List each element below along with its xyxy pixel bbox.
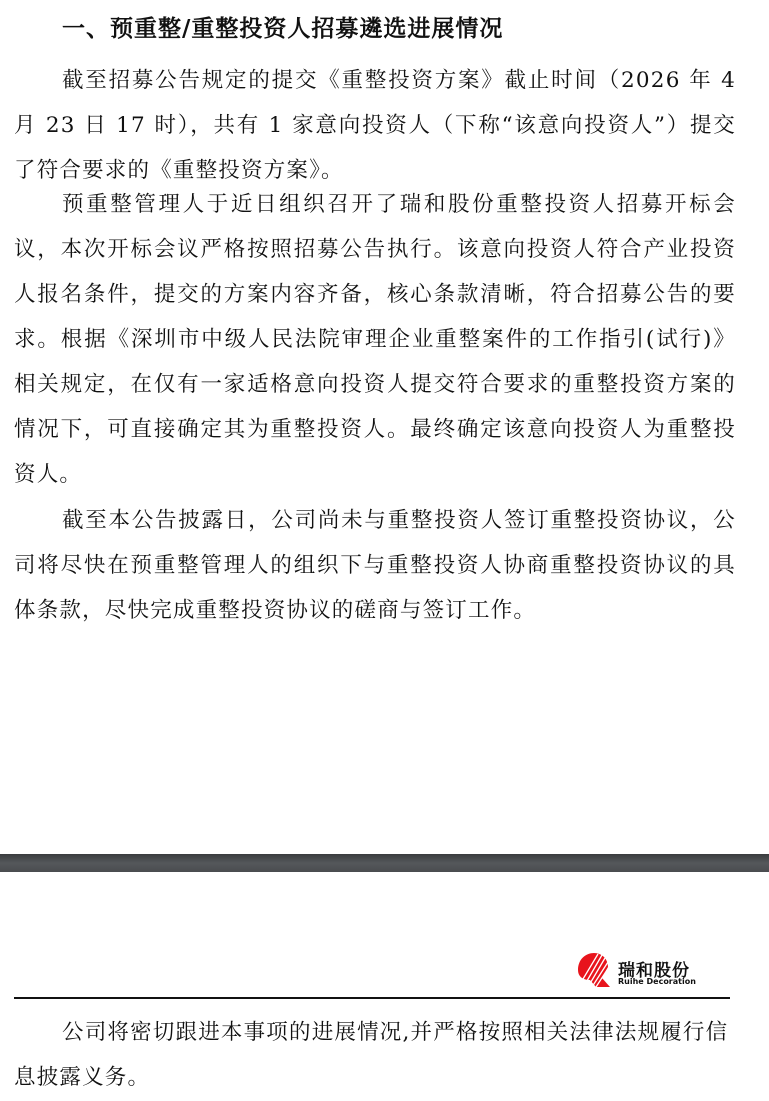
ruihe-logo-icon [574, 950, 614, 990]
paragraph-bid-opening: 预重整管理人于近日组织召开了瑞和股份重整投资人招募开标会议，本次开标会议严格按照… [14, 182, 736, 497]
header-rule [14, 997, 730, 999]
document-page-1: 一、预重整/重整投资人招募遴选进展情况 截至招募公告规定的提交《重整投资方案》截… [0, 0, 769, 854]
paragraph-disclosure-commitment: 公司将密切跟进本事项的进展情况,并严格按照相关法律法规履行信息披露义务。 [14, 1010, 736, 1100]
paragraph-submission-deadline: 截至招募公告规定的提交《重整投资方案》截止时间（2026 年 4 月 23 日 … [14, 58, 736, 193]
document-page-2: 瑞和股份 Ruihe Decoration 公司将密切跟进本事项的进展情况,并严… [0, 872, 769, 1101]
section-heading: 一、预重整/重整投资人招募遴选进展情况 [62, 10, 503, 43]
logo-name-en: Ruihe Decoration [618, 977, 696, 986]
page-separator [0, 854, 769, 872]
company-logo: 瑞和股份 Ruihe Decoration [574, 950, 724, 992]
paragraph-agreement-status: 截至本公告披露日，公司尚未与重整投资人签订重整投资协议，公司将尽快在预重整管理人… [14, 498, 736, 633]
